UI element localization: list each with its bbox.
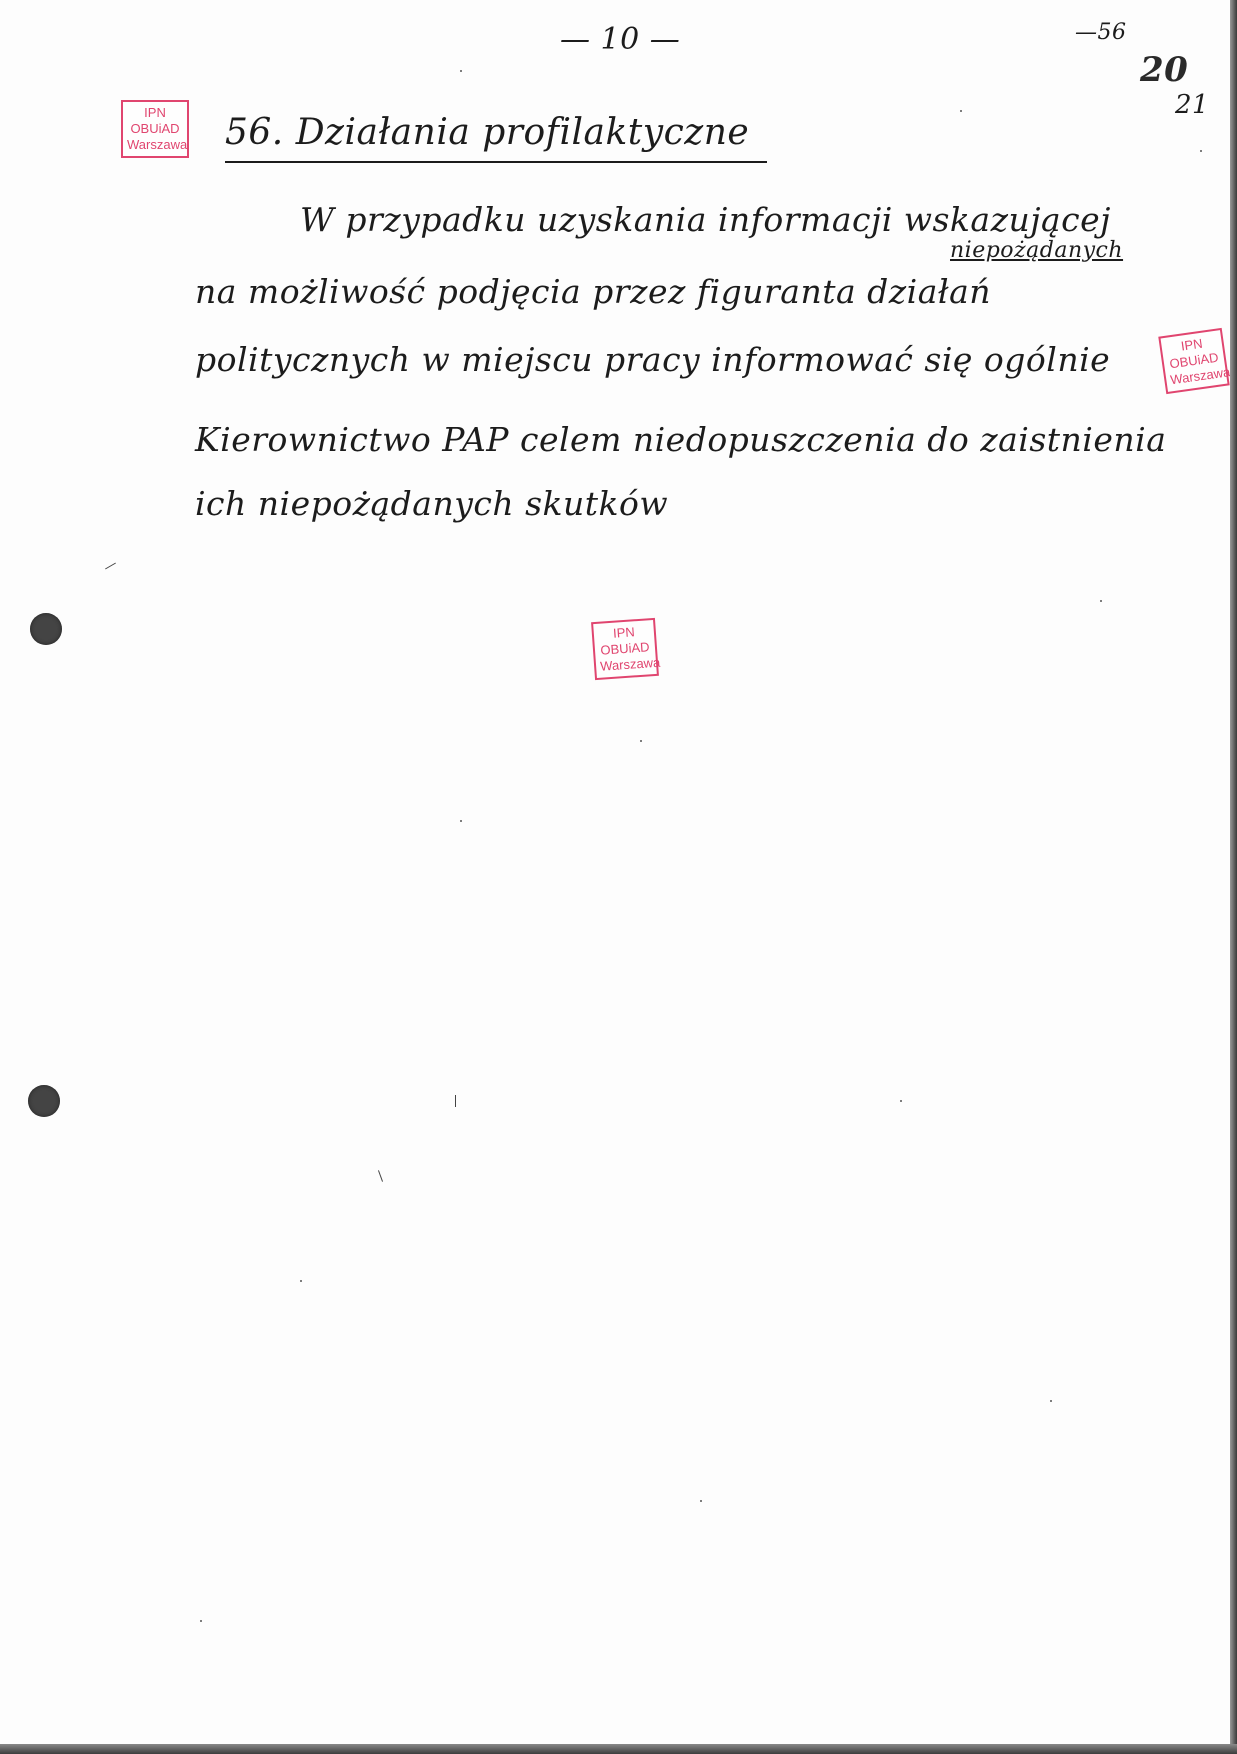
scan-speck bbox=[200, 1620, 202, 1622]
scan-speck bbox=[960, 110, 962, 112]
body-line-3: politycznych w miejscu pracy informować … bbox=[195, 340, 1110, 379]
scan-speck bbox=[460, 70, 462, 72]
archive-number-bottom: 21 bbox=[1175, 90, 1209, 120]
body-line-4: Kierownictwo PAP celem niedopuszczenia d… bbox=[195, 420, 1166, 459]
ipn-stamp: IPN OBUiAD Warszawa bbox=[1158, 328, 1229, 394]
ipn-stamp: IPN OBUiAD Warszawa bbox=[591, 618, 659, 680]
scan-mark bbox=[378, 1170, 383, 1182]
ipn-stamp: IPN OBUiAD Warszawa bbox=[121, 100, 189, 158]
body-line-1: W przypadku uzyskania informacji wskazuj… bbox=[300, 200, 1111, 239]
stamp-line-ipn: IPN bbox=[127, 105, 183, 121]
stamp-line-city: Warszawa bbox=[600, 655, 653, 675]
scan-speck bbox=[1050, 1400, 1052, 1402]
section-heading: 56. Działania profilaktyczne bbox=[225, 112, 767, 163]
page-number: — 10 — bbox=[560, 22, 680, 57]
punch-hole bbox=[28, 1085, 60, 1117]
scanned-page: — 10 — —56 20 21 IPN OBUiAD Warszawa 56.… bbox=[0, 0, 1230, 1744]
scan-speck bbox=[640, 740, 642, 742]
archive-number-middle: 20 bbox=[1140, 50, 1188, 90]
scan-speck bbox=[900, 1100, 902, 1102]
scan-speck bbox=[1200, 150, 1202, 152]
scan-mark bbox=[105, 563, 116, 570]
punch-hole bbox=[30, 613, 62, 645]
archive-number-top: —56 bbox=[1075, 20, 1127, 45]
stamp-line-obuiad: OBUiAD bbox=[127, 121, 183, 137]
inserted-word: niepożądanych bbox=[950, 238, 1123, 263]
scan-mark bbox=[455, 1095, 456, 1107]
scan-speck bbox=[300, 1280, 302, 1282]
scan-edge-right bbox=[1230, 0, 1237, 1754]
stamp-line-city: Warszawa bbox=[127, 137, 183, 153]
scan-speck bbox=[1100, 600, 1102, 602]
scan-speck bbox=[700, 1500, 702, 1502]
scan-edge-bottom bbox=[0, 1744, 1237, 1754]
body-line-5: ich niepożądanych skutków bbox=[195, 484, 668, 523]
scan-speck bbox=[460, 820, 462, 822]
body-line-2: na możliwość podjęcia przez figuranta dz… bbox=[195, 272, 991, 311]
